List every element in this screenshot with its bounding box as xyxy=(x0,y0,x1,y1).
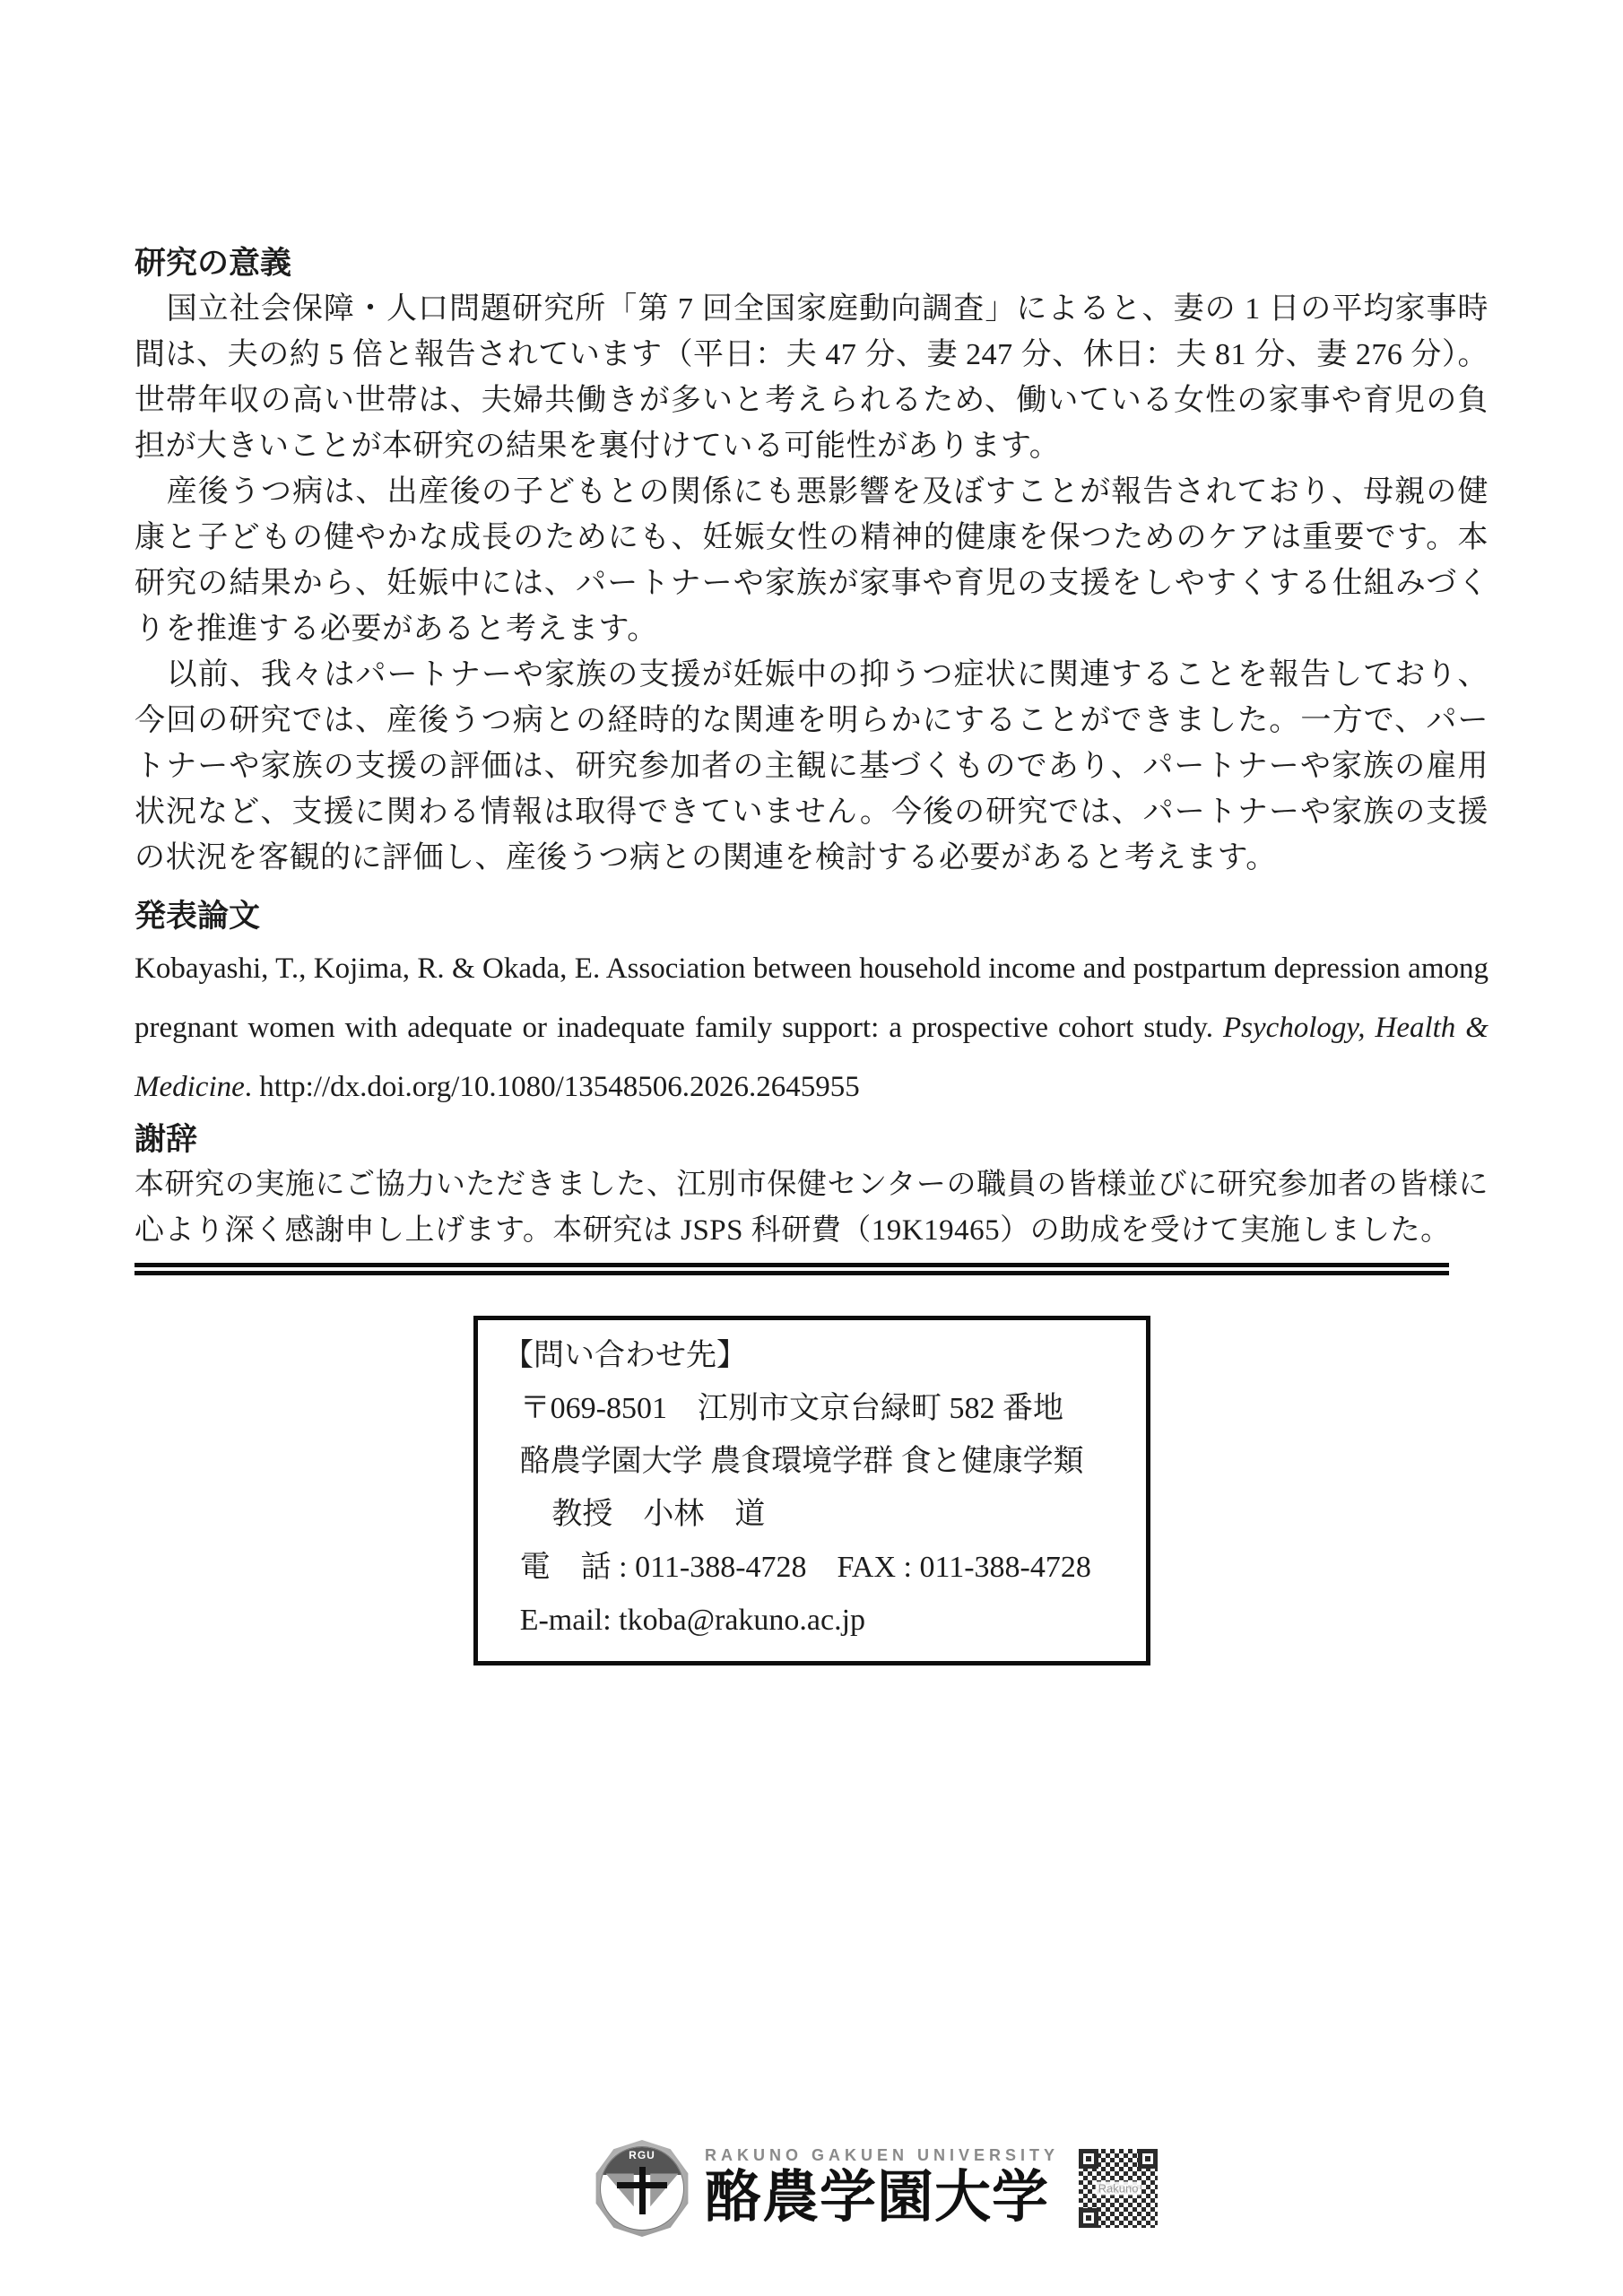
contact-info-box: 【問い合わせ先】 〒069-8501 江別市文京台緑町 582 番地 酪農学園大… xyxy=(473,1316,1150,1665)
significance-paragraph-3: 以前、我々はパートナーや家族の支援が妊娠中の抑うつ症状に関連することを報告してお… xyxy=(135,652,1488,881)
contact-address-postal: 〒069-8501 江別市文京台緑町 582 番地 xyxy=(503,1382,1137,1435)
university-logotype: RAKUNO GAKUEN UNIVERSITY 酪農学園大学 xyxy=(705,2140,1059,2230)
contact-phone-fax: 電 話 : 011-388-4728 FAX : 011-388-4728 xyxy=(503,1541,1137,1594)
section-heading-publication: 発表論文 xyxy=(135,893,1488,939)
university-logo-footer: RGU RAKUNO GAKUEN UNIVERSITY 酪農学園大学 Raku… xyxy=(594,2140,1158,2237)
qr-finder-bottom-left-icon xyxy=(1079,2208,1098,2228)
contact-affiliation: 酪農学園大学 農食環境学群 食と健康学類 xyxy=(503,1435,1137,1488)
university-name-japanese: 酪農学園大学 xyxy=(705,2165,1059,2230)
qr-center-label: Rakuno xyxy=(1096,2182,1141,2196)
citation-text: Kobayashi, T., Kojima, R. & Okada, E. As… xyxy=(135,939,1488,1117)
crest-rgu-monogram: RGU xyxy=(594,2149,690,2161)
crest-left-triangle xyxy=(606,2173,634,2206)
crest-right-triangle xyxy=(650,2173,678,2206)
crest-cross-horizontal xyxy=(617,2182,667,2188)
qr-code: Rakuno xyxy=(1079,2149,1158,2228)
double-horizontal-rule xyxy=(135,1263,1449,1275)
document-page: 研究の意義 国立社会保障・人口問題研究所「第 7 回全国家庭動向調査」によると、… xyxy=(135,0,1488,1665)
qr-finder-top-left-icon xyxy=(1079,2149,1098,2169)
university-crest-icon: RGU xyxy=(594,2140,690,2237)
contact-email[interactable]: E-mail: tkoba@rakuno.ac.jp xyxy=(503,1594,1137,1647)
section-heading-acknowledgement: 謝辞 xyxy=(135,1117,1488,1162)
contact-person: 教授 小林 道 xyxy=(503,1488,1137,1541)
contact-box-title: 【問い合わせ先】 xyxy=(503,1329,1137,1382)
acknowledgement-paragraph: 本研究の実施にご協力いただきました、江別市保健センターの職員の皆様並びに研究参加… xyxy=(135,1162,1488,1254)
significance-paragraph-2: 産後うつ病は、出産後の子どもとの関係にも悪影響を及ぼすことが報告されており、母親… xyxy=(135,469,1488,652)
qr-finder-top-right-icon xyxy=(1138,2149,1158,2169)
citation-doi-link[interactable]: . http://dx.doi.org/10.1080/13548506.202… xyxy=(245,1071,860,1103)
crest-cross-vertical xyxy=(639,2167,646,2214)
university-name-english: RAKUNO GAKUEN UNIVERSITY xyxy=(705,2145,1059,2165)
significance-paragraph-1: 国立社会保障・人口問題研究所「第 7 回全国家庭動向調査」によると、妻の 1 日… xyxy=(135,286,1488,469)
section-heading-significance: 研究の意義 xyxy=(135,240,1488,286)
